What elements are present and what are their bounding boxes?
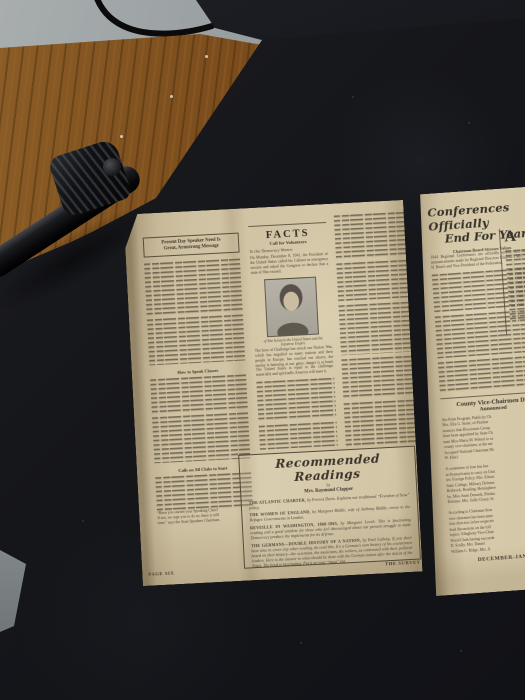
dust-speck (82, 520, 84, 522)
photo-scene: Present Day Speaker Need Is Great, Armst… (0, 0, 525, 700)
page-shading (123, 200, 422, 586)
tripod-knob (103, 158, 121, 176)
dust-speck (300, 642, 302, 644)
paint-speck (170, 95, 173, 98)
paint-speck (120, 135, 123, 138)
paint-speck (205, 55, 208, 58)
newsletter-page-left: Present Day Speaker Need Is Great, Armst… (123, 200, 422, 586)
dust-speck (352, 96, 354, 98)
dust-speck (468, 122, 470, 124)
dust-speck (460, 650, 462, 652)
